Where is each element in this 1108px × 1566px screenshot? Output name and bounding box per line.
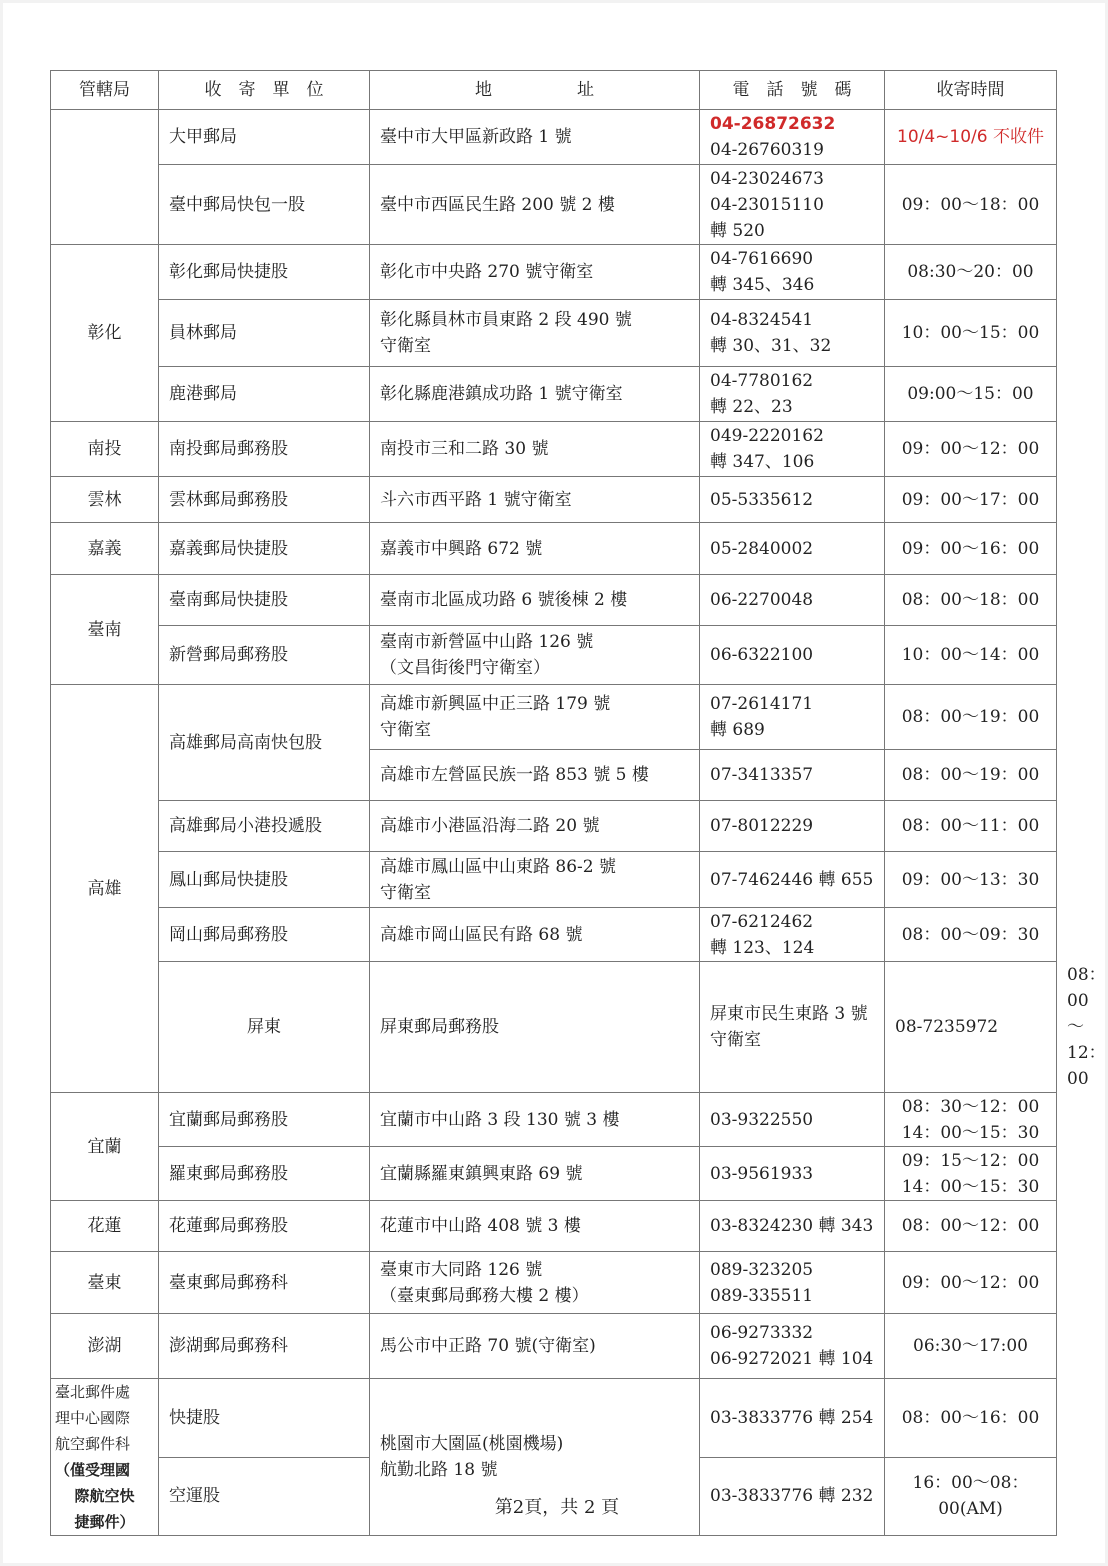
address-cell: 馬公市中正路 70 號(守衛室)	[370, 1314, 700, 1379]
header-address: 地 址	[370, 71, 700, 110]
region-cell: 高雄	[51, 685, 159, 1093]
hours-cell: 10：00～15：00	[885, 300, 1057, 367]
table-row: 南投 南投郵局郵務股 南投市三和二路 30 號 049-2220162 轉 34…	[51, 422, 1057, 477]
table-row: 臺中郵局快包一股 臺中市西區民生路 200 號 2 樓 04-23024673 …	[51, 165, 1057, 245]
region-cell: 雲林	[51, 477, 159, 523]
region-note: （僅受理國	[55, 1457, 154, 1483]
hours-cell: 08：30～12：00 14：00～15：30	[885, 1093, 1057, 1147]
address-cell: 臺東市大同路 126 號 （臺東郵局郵務大樓 2 樓）	[370, 1252, 700, 1314]
table-row: 大甲郵局 臺中市大甲區新政路 1 號 04-26872632 04-267603…	[51, 110, 1057, 165]
address-cell: 臺南市北區成功路 6 號後棟 2 樓	[370, 575, 700, 626]
hours-cell: 08：00～16：00	[885, 1379, 1057, 1458]
phone-cell: 04-8324541 轉 30、31、32	[700, 300, 885, 367]
table-row: 新營郵局郵務股 臺南市新營區中山路 126 號 （文昌街後門守衛室） 06-63…	[51, 626, 1057, 685]
phone-cell: 049-2220162 轉 347、106	[700, 422, 885, 477]
unit-cell: 彰化郵局快捷股	[159, 245, 370, 300]
address-cell: 高雄市新興區中正三路 179 號 守衛室	[370, 685, 700, 750]
phone-cell: 07-8012229	[700, 801, 885, 852]
hours-cell-closed-notice: 10/4~10/6 不收件	[885, 110, 1057, 165]
hours-cell: 08：00～12：00	[885, 1201, 1057, 1252]
unit-cell: 新營郵局郵務股	[159, 626, 370, 685]
page-number: 第2頁，共 2 頁	[3, 1493, 1108, 1519]
region-cell: 彰化	[51, 245, 159, 422]
phone-cell: 03-8324230 轉 343	[700, 1201, 885, 1252]
hours-cell: 09:00～15：00	[885, 367, 1057, 422]
hours-cell: 08:30～20：00	[885, 245, 1057, 300]
unit-cell: 屏東郵局郵務股	[370, 962, 700, 1093]
table-row: 臺北郵件處 理中心國際 航空郵件科 （僅受理國 際航空快 捷郵件） 快捷股 桃園…	[51, 1379, 1057, 1458]
table-row: 岡山郵局郵務股 高雄市岡山區民有路 68 號 07-6212462 轉 123、…	[51, 908, 1057, 962]
phone-cell: 04-26872632 04-26760319	[700, 110, 885, 165]
region-cell: 嘉義	[51, 523, 159, 575]
table-row: 雲林 雲林郵局郵務股 斗六市西平路 1 號守衛室 05-5335612 09：0…	[51, 477, 1057, 523]
hours-cell: 09：00～13：30	[885, 852, 1057, 908]
phone-cell: 04-23024673 04-23015110 轉 520	[700, 165, 885, 245]
unit-cell: 鳳山郵局快捷股	[159, 852, 370, 908]
address-cell: 高雄市小港區沿海二路 20 號	[370, 801, 700, 852]
region-cell	[51, 110, 159, 245]
header-hours: 收寄時間	[885, 71, 1057, 110]
table-row: 宜蘭 宜蘭郵局郵務股 宜蘭市中山路 3 段 130 號 3 樓 03-93225…	[51, 1093, 1057, 1147]
address-cell: 南投市三和二路 30 號	[370, 422, 700, 477]
table-row: 屏東 屏東郵局郵務股 屏東市民生東路 3 號守衛室 08-7235972 08：…	[51, 962, 1057, 1093]
phone-cell: 08-7235972	[885, 962, 1057, 1093]
hours-cell: 10：00～14：00	[885, 626, 1057, 685]
address-cell: 宜蘭市中山路 3 段 130 號 3 樓	[370, 1093, 700, 1147]
address-cell: 臺中市西區民生路 200 號 2 樓	[370, 165, 700, 245]
region-cell: 花蓮	[51, 1201, 159, 1252]
header-phone: 電 話 號 碼	[700, 71, 885, 110]
unit-cell: 南投郵局郵務股	[159, 422, 370, 477]
hours-cell: 09：00～17：00	[885, 477, 1057, 523]
unit-cell: 岡山郵局郵務股	[159, 908, 370, 962]
header-unit: 收 寄 單 位	[159, 71, 370, 110]
hours-cell: 08：00～19：00	[885, 685, 1057, 750]
phone-cell: 03-9322550	[700, 1093, 885, 1147]
phone-cell: 03-9561933	[700, 1147, 885, 1201]
unit-cell: 宜蘭郵局郵務股	[159, 1093, 370, 1147]
address-cell: 高雄市左營區民族一路 853 號 5 樓	[370, 750, 700, 801]
hours-cell: 09：00～16：00	[885, 523, 1057, 575]
table-row: 澎湖 澎湖郵局郵務科 馬公市中正路 70 號(守衛室) 06-9273332 0…	[51, 1314, 1057, 1379]
phone-cell: 05-5335612	[700, 477, 885, 523]
address-cell: 斗六市西平路 1 號守衛室	[370, 477, 700, 523]
region-cell: 澎湖	[51, 1314, 159, 1379]
table-row: 高雄郵局小港投遞股 高雄市小港區沿海二路 20 號 07-8012229 08：…	[51, 801, 1057, 852]
region-cell: 屏東	[159, 962, 370, 1093]
document-page: 管轄局 收 寄 單 位 地 址 電 話 號 碼 收寄時間 大甲郵局 臺中市大甲區…	[3, 3, 1105, 1563]
unit-cell: 嘉義郵局快捷股	[159, 523, 370, 575]
hours-cell: 08：00～09：30	[885, 908, 1057, 962]
table-row: 彰化 彰化郵局快捷股 彰化市中央路 270 號守衛室 04-7616690 轉 …	[51, 245, 1057, 300]
table-row: 羅東郵局郵務股 宜蘭縣羅東鎮興東路 69 號 03-9561933 09：15～…	[51, 1147, 1057, 1201]
address-cell: 屏東市民生東路 3 號守衛室	[700, 962, 885, 1093]
unit-cell: 員林郵局	[159, 300, 370, 367]
phone-cell: 04-7780162 轉 22、23	[700, 367, 885, 422]
unit-cell: 臺南郵局快捷股	[159, 575, 370, 626]
unit-cell: 雲林郵局郵務股	[159, 477, 370, 523]
address-cell: 臺南市新營區中山路 126 號 （文昌街後門守衛室）	[370, 626, 700, 685]
hours-cell: 09：00～12：00	[885, 422, 1057, 477]
unit-cell: 澎湖郵局郵務科	[159, 1314, 370, 1379]
address-cell: 彰化縣員林市員東路 2 段 490 號 守衛室	[370, 300, 700, 367]
unit-cell: 羅東郵局郵務股	[159, 1147, 370, 1201]
table-row: 臺東 臺東郵局郵務科 臺東市大同路 126 號 （臺東郵局郵務大樓 2 樓） 0…	[51, 1252, 1057, 1314]
phone-cell: 03-3833776 轉 254	[700, 1379, 885, 1458]
unit-cell: 花蓮郵局郵務股	[159, 1201, 370, 1252]
address-cell: 彰化市中央路 270 號守衛室	[370, 245, 700, 300]
post-office-table: 管轄局 收 寄 單 位 地 址 電 話 號 碼 收寄時間 大甲郵局 臺中市大甲區…	[50, 70, 1057, 1536]
header-region: 管轄局	[51, 71, 159, 110]
unit-cell: 鹿港郵局	[159, 367, 370, 422]
phone-cell: 06-2270048	[700, 575, 885, 626]
region-cell: 南投	[51, 422, 159, 477]
hours-cell: 08：00～11：00	[885, 801, 1057, 852]
phone-cell: 07-6212462 轉 123、124	[700, 908, 885, 962]
region-cell: 宜蘭	[51, 1093, 159, 1201]
phone-cell: 06-6322100	[700, 626, 885, 685]
unit-cell: 快捷股	[159, 1379, 370, 1458]
address-cell: 宜蘭縣羅東鎮興東路 69 號	[370, 1147, 700, 1201]
region-cell: 臺東	[51, 1252, 159, 1314]
hours-cell: 09：15～12：00 14：00～15：30	[885, 1147, 1057, 1201]
phone-cell: 04-7616690 轉 345、346	[700, 245, 885, 300]
hours-cell: 09：00～12：00	[885, 1252, 1057, 1314]
phone-cell: 07-2614171 轉 689	[700, 685, 885, 750]
table-header-row: 管轄局 收 寄 單 位 地 址 電 話 號 碼 收寄時間	[51, 71, 1057, 110]
unit-cell: 大甲郵局	[159, 110, 370, 165]
table-row: 鹿港郵局 彰化縣鹿港鎮成功路 1 號守衛室 04-7780162 轉 22、23…	[51, 367, 1057, 422]
phone-cell: 07-7462446 轉 655	[700, 852, 885, 908]
hours-cell: 08：00～18：00	[885, 575, 1057, 626]
address-cell: 嘉義市中興路 672 號	[370, 523, 700, 575]
table-row: 高雄 高雄郵局高南快包股 高雄市新興區中正三路 179 號 守衛室 07-261…	[51, 685, 1057, 750]
table-row: 鳳山郵局快捷股 高雄市鳳山區中山東路 86-2 號 守衛室 07-7462446…	[51, 852, 1057, 908]
table-row: 員林郵局 彰化縣員林市員東路 2 段 490 號 守衛室 04-8324541 …	[51, 300, 1057, 367]
hours-cell: 09：00～18：00	[885, 165, 1057, 245]
unit-cell: 臺中郵局快包一股	[159, 165, 370, 245]
phone-cell: 089-323205 089-335511	[700, 1252, 885, 1314]
address-cell: 花蓮市中山路 408 號 3 樓	[370, 1201, 700, 1252]
hours-cell: 06:30～17:00	[885, 1314, 1057, 1379]
table-row: 花蓮 花蓮郵局郵務股 花蓮市中山路 408 號 3 樓 03-8324230 轉…	[51, 1201, 1057, 1252]
address-cell: 高雄市鳳山區中山東路 86-2 號 守衛室	[370, 852, 700, 908]
unit-cell: 臺東郵局郵務科	[159, 1252, 370, 1314]
address-cell: 臺中市大甲區新政路 1 號	[370, 110, 700, 165]
phone-highlight: 04-26872632	[710, 111, 874, 137]
unit-cell: 高雄郵局高南快包股	[159, 685, 370, 801]
table-row: 嘉義 嘉義郵局快捷股 嘉義市中興路 672 號 05-2840002 09：00…	[51, 523, 1057, 575]
hours-cell: 08：00～19：00	[885, 750, 1057, 801]
phone-cell: 05-2840002	[700, 523, 885, 575]
phone-cell: 06-9273332 06-9272021 轉 104	[700, 1314, 885, 1379]
region-cell: 臺南	[51, 575, 159, 685]
phone-cell: 07-3413357	[700, 750, 885, 801]
address-cell: 高雄市岡山區民有路 68 號	[370, 908, 700, 962]
table-row: 臺南 臺南郵局快捷股 臺南市北區成功路 6 號後棟 2 樓 06-2270048…	[51, 575, 1057, 626]
unit-cell: 高雄郵局小港投遞股	[159, 801, 370, 852]
address-cell: 彰化縣鹿港鎮成功路 1 號守衛室	[370, 367, 700, 422]
